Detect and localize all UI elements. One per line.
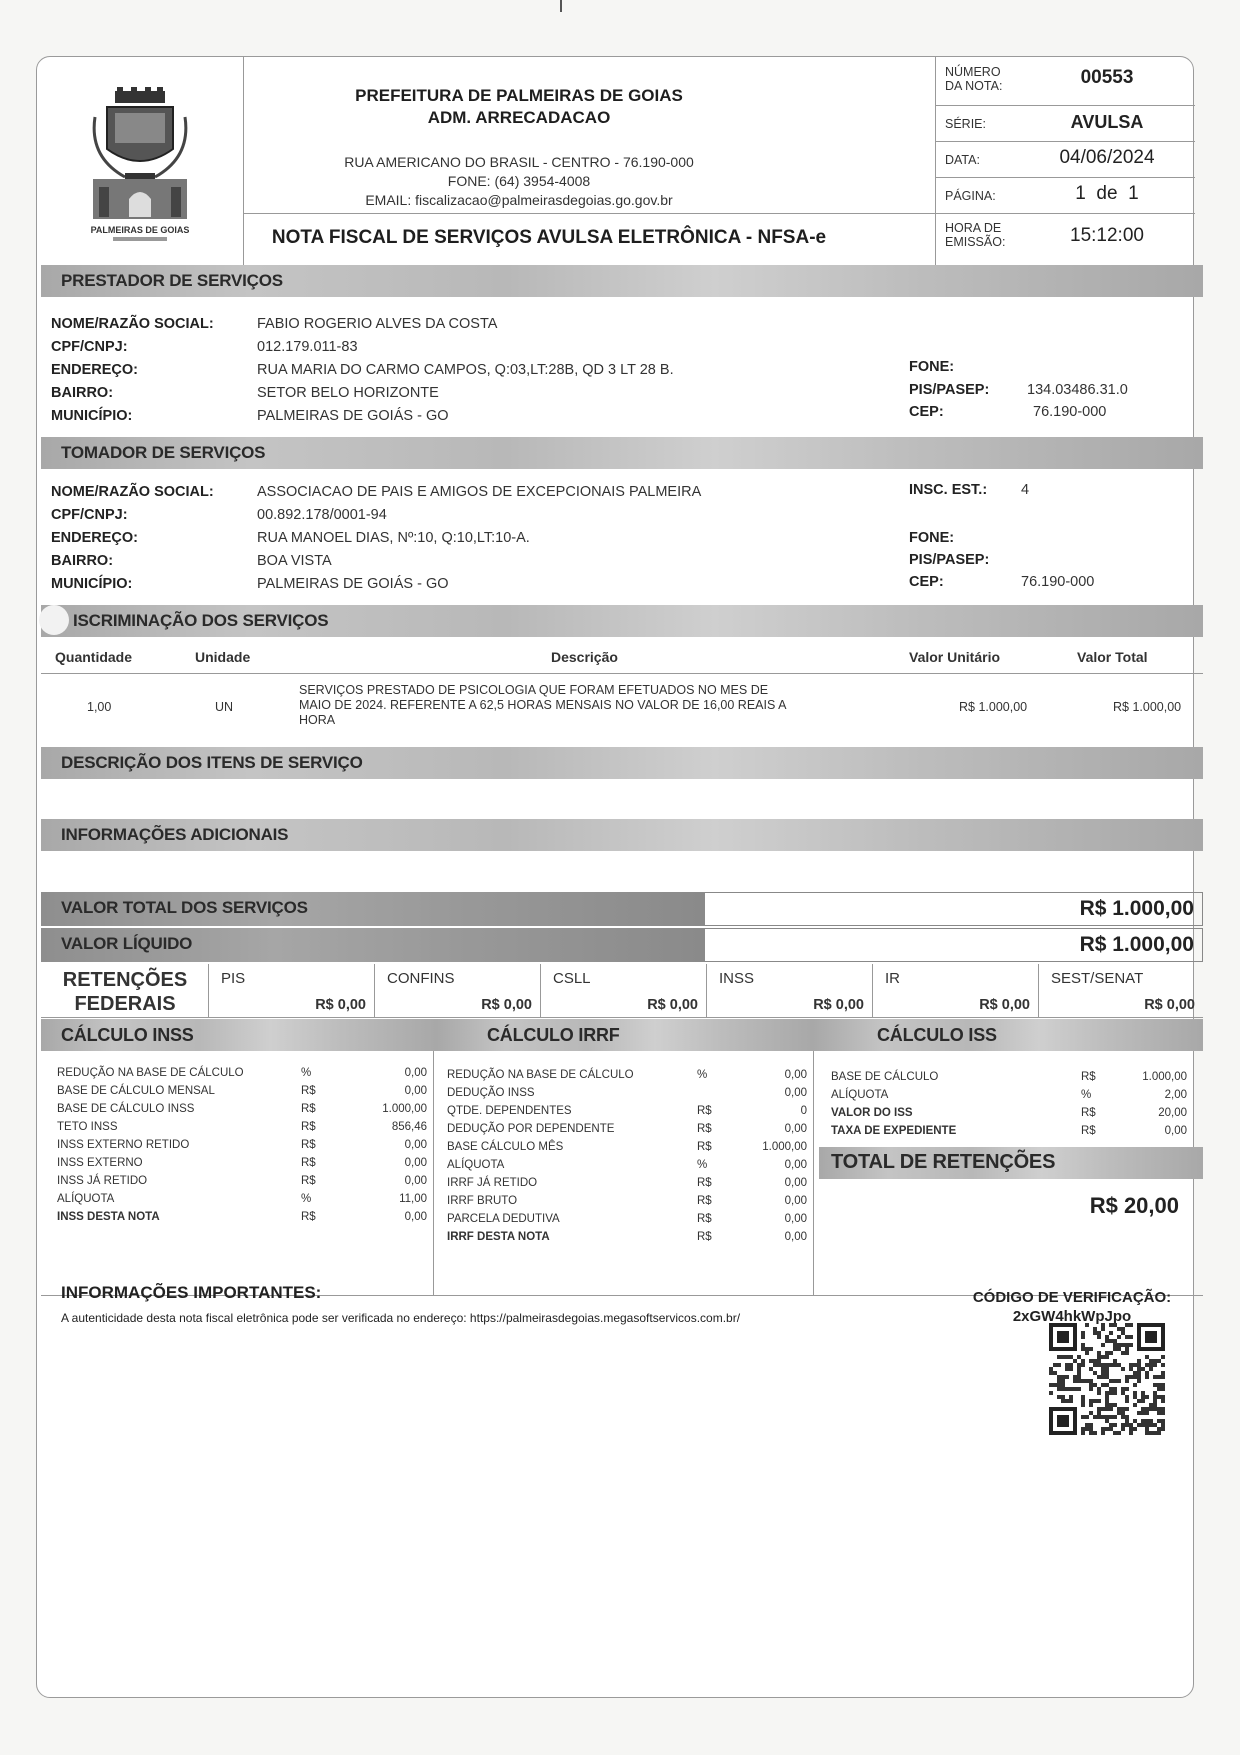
divider xyxy=(935,57,936,265)
calc-row: VALOR DO ISSR$20,00 xyxy=(831,1107,1187,1125)
prestador-nome-label: NOME/RAZÃO SOCIAL: xyxy=(51,316,214,332)
calc-value: 2,00 xyxy=(1117,1089,1187,1101)
prestador-cep-label: CEP: xyxy=(909,404,944,420)
calc-row: BASE CÁLCULO MÊSR$1.000,00 xyxy=(447,1141,807,1159)
calc-unit: R$ xyxy=(301,1103,316,1115)
service-valor-total: R$ 1.000,00 xyxy=(1113,700,1181,714)
qr-code-icon[interactable] xyxy=(1049,1323,1165,1435)
calc-unit: R$ xyxy=(697,1123,712,1135)
tomador-endereco-label: ENDEREÇO: xyxy=(51,530,138,546)
calc-label: BASE DE CÁLCULO INSS xyxy=(57,1103,194,1115)
section-calculo-inss: CÁLCULO INSS xyxy=(41,1019,437,1051)
service-quantidade: 1,00 xyxy=(87,700,111,714)
calc-label: DEDUÇÃO INSS xyxy=(447,1087,535,1099)
retencoes-title: RETENÇÕESFEDERAIS xyxy=(41,964,209,1018)
calc-value: 0,00 xyxy=(737,1231,807,1243)
calc-label: IRRF BRUTO xyxy=(447,1195,517,1207)
calc-value: 20,00 xyxy=(1117,1107,1187,1119)
divider xyxy=(935,213,1195,214)
hora-value: 15:12:00 xyxy=(1027,225,1187,247)
calc-row: TETO INSSR$856,46 xyxy=(57,1121,427,1139)
pagina-label: PÁGINA: xyxy=(945,189,996,203)
data-value: 04/06/2024 xyxy=(1027,147,1187,169)
calc-unit: % xyxy=(301,1193,311,1205)
scan-punch-hole xyxy=(39,605,69,635)
calc-label: ALÍQUOTA xyxy=(57,1193,114,1205)
calc-value: 1.000,00 xyxy=(347,1103,427,1115)
retencao-inss: INSSR$ 0,00 xyxy=(707,964,873,1018)
calc-unit: R$ xyxy=(697,1141,712,1153)
valor-liquido-label-bar: VALOR LÍQUIDO xyxy=(41,928,705,962)
org-contact: RUA AMERICANO DO BRASIL - CENTRO - 76.19… xyxy=(249,153,789,210)
prestador-cpf: 012.179.011-83 xyxy=(257,339,358,355)
document-title: NOTA FISCAL DE SERVIÇOS AVULSA ELETRÔNIC… xyxy=(249,227,849,249)
calc-value: 0,00 xyxy=(1117,1125,1187,1137)
service-unidade: UN xyxy=(215,700,233,714)
org-phone: FONE: (64) 3954-4008 xyxy=(249,172,789,191)
calc-value: 0,00 xyxy=(347,1157,427,1169)
calc-row: TAXA DE EXPEDIENTER$0,00 xyxy=(831,1125,1187,1143)
col-valor-total: Valor Total xyxy=(1077,649,1148,665)
scan-mark xyxy=(560,0,562,12)
tomador-cpf-label: CPF/CNPJ: xyxy=(51,507,128,523)
tomador-cpf: 00.892.178/0001-94 xyxy=(257,507,387,523)
tomador-fone-label: FONE: xyxy=(909,530,954,546)
serie-value: AVULSA xyxy=(1027,112,1187,133)
nfsa-document: PALMEIRAS DE GOIAS PREFEITURA DE PALMEIR… xyxy=(36,56,1194,1698)
hora-label: HORA DEEMISSÃO: xyxy=(945,221,1005,249)
calc-row: BASE DE CÁLCULO MENSALR$0,00 xyxy=(57,1085,427,1103)
verificacao-label: CÓDIGO DE VERIFICAÇÃO: xyxy=(957,1289,1187,1306)
retencao-csll: CSLLR$ 0,00 xyxy=(541,964,707,1018)
section-tomador: TOMADOR DE SERVIÇOS xyxy=(41,437,1203,469)
calc-unit: % xyxy=(301,1067,311,1079)
calc-label: IRRF DESTA NOTA xyxy=(447,1231,550,1243)
calc-unit: R$ xyxy=(697,1231,712,1243)
calc-row: INSS EXTERNOR$0,00 xyxy=(57,1157,427,1175)
numero-label: NÚMERODA NOTA: xyxy=(945,65,1002,93)
calc-unit: % xyxy=(1081,1089,1091,1101)
tomador-municipio: PALMEIRAS DE GOIÁS - GO xyxy=(257,576,449,592)
calc-value: 1.000,00 xyxy=(737,1141,807,1153)
prestador-cpf-label: CPF/CNPJ: xyxy=(51,339,128,355)
prestador-bairro-label: BAIRRO: xyxy=(51,385,113,401)
section-total-retencoes: TOTAL DE RETENÇÕES xyxy=(819,1147,1203,1179)
tomador-cep-label: CEP: xyxy=(909,574,944,590)
tomador-nome-label: NOME/RAZÃO SOCIAL: xyxy=(51,484,214,500)
calc-label: BASE DE CÁLCULO xyxy=(831,1071,938,1083)
calc-unit: R$ xyxy=(301,1139,316,1151)
valor-total-label-bar: VALOR TOTAL DOS SERVIÇOS xyxy=(41,892,705,926)
calc-unit: % xyxy=(697,1069,707,1081)
calc-unit: R$ xyxy=(301,1157,316,1169)
svg-text:PALMEIRAS DE GOIAS: PALMEIRAS DE GOIAS xyxy=(91,225,190,235)
prestador-endereco-label: ENDEREÇO: xyxy=(51,362,138,378)
valor-liquido-box: R$ 1.000,00 xyxy=(705,928,1203,962)
retencao-confins: CONFINSR$ 0,00 xyxy=(375,964,541,1018)
tomador-nome: ASSOCIACAO DE PAIS E AMIGOS DE EXCEPCION… xyxy=(257,484,701,500)
calc-row: QTDE. DEPENDENTESR$0 xyxy=(447,1105,807,1123)
calc-value: 1.000,00 xyxy=(1117,1071,1187,1083)
calc-value: 11,00 xyxy=(347,1193,427,1205)
scanned-page: PALMEIRAS DE GOIAS PREFEITURA DE PALMEIR… xyxy=(0,0,1240,1755)
retencao-sest-senat: SEST/SENATR$ 0,00 xyxy=(1039,964,1203,1018)
calc-unit: R$ xyxy=(301,1175,316,1187)
col-descricao: Descrição xyxy=(551,649,618,665)
org-email: EMAIL: fiscalizacao@palmeirasdegoias.go.… xyxy=(249,191,789,210)
divider xyxy=(41,673,1203,674)
calc-label: DEDUÇÃO POR DEPENDENTE xyxy=(447,1123,614,1135)
calc-row: IRRF JÁ RETIDOR$0,00 xyxy=(447,1177,807,1195)
calc-row: ALÍQUOTA%0,00 xyxy=(447,1159,807,1177)
valor-liquido: R$ 1.000,00 xyxy=(1080,933,1194,957)
numero-value: 00553 xyxy=(1027,67,1187,89)
calc-label: INSS DESTA NOTA xyxy=(57,1211,160,1223)
serie-label: SÉRIE: xyxy=(945,117,986,131)
total-retencoes-value: R$ 20,00 xyxy=(1090,1193,1179,1219)
calc-label: TAXA DE EXPEDIENTE xyxy=(831,1125,956,1137)
retencao-pis: PISR$ 0,00 xyxy=(209,964,375,1018)
calc-unit: R$ xyxy=(697,1195,712,1207)
calc-label: REDUÇÃO NA BASE DE CÁLCULO xyxy=(447,1069,634,1081)
service-descricao: SERVIÇOS PRESTADO DE PSICOLOGIA QUE FORA… xyxy=(299,683,786,728)
calc-row: ALÍQUOTA%2,00 xyxy=(831,1089,1187,1107)
tomador-insc-label: INSC. EST.: xyxy=(909,482,987,498)
divider xyxy=(243,57,244,265)
calc-value: 0,00 xyxy=(737,1123,807,1135)
divider xyxy=(935,141,1195,142)
calc-row: IRRF BRUTOR$0,00 xyxy=(447,1195,807,1213)
divider xyxy=(935,105,1195,106)
calc-unit: R$ xyxy=(1081,1107,1096,1119)
calc-value: 0,00 xyxy=(737,1069,807,1081)
calc-value: 0,00 xyxy=(737,1195,807,1207)
calc-value: 856,46 xyxy=(347,1121,427,1133)
prestador-bairro: SETOR BELO HORIZONTE xyxy=(257,385,439,401)
calc-label: TETO INSS xyxy=(57,1121,118,1133)
calc-unit: R$ xyxy=(301,1211,316,1223)
divider xyxy=(935,177,1195,178)
valor-total-box: R$ 1.000,00 xyxy=(705,892,1203,926)
tomador-bairro: BOA VISTA xyxy=(257,553,332,569)
section-info-adicionais: INFORMAÇÕES ADICIONAIS xyxy=(41,819,1203,851)
divider xyxy=(813,1051,814,1295)
prestador-pis-label: PIS/PASEP: xyxy=(909,382,989,398)
col-unidade: Unidade xyxy=(195,649,250,665)
data-label: DATA: xyxy=(945,153,980,167)
calc-value: 0,00 xyxy=(347,1139,427,1151)
calc-label: VALOR DO ISS xyxy=(831,1107,913,1119)
section-servicos: ISCRIMINAÇÃO DOS SERVIÇOS xyxy=(41,605,1203,637)
calc-value: 0,00 xyxy=(737,1177,807,1189)
calc-label: ALÍQUOTA xyxy=(447,1159,504,1171)
calc-value: 0 xyxy=(737,1105,807,1117)
calc-value: 0,00 xyxy=(347,1211,427,1223)
calc-row: BASE DE CÁLCULO INSSR$1.000,00 xyxy=(57,1103,427,1121)
tomador-endereco: RUA MANOEL DIAS, Nº:10, Q:10,LT:10-A. xyxy=(257,530,530,546)
calc-row: IRRF DESTA NOTAR$0,00 xyxy=(447,1231,807,1249)
prestador-fone-label: FONE: xyxy=(909,359,954,375)
calc-row: BASE DE CÁLCULOR$1.000,00 xyxy=(831,1071,1187,1089)
calc-value: 0,00 xyxy=(737,1213,807,1225)
calc-row: INSS EXTERNO RETIDOR$0,00 xyxy=(57,1139,427,1157)
prestador-endereco: RUA MARIA DO CARMO CAMPOS, Q:03,LT:28B, … xyxy=(257,362,674,378)
calc-label: IRRF JÁ RETIDO xyxy=(447,1177,537,1189)
calc-value: 0,00 xyxy=(347,1067,427,1079)
calc-label: QTDE. DEPENDENTES xyxy=(447,1105,572,1117)
col-valor-unitario: Valor Unitário xyxy=(909,649,1000,665)
calc-row: REDUÇÃO NA BASE DE CÁLCULO%0,00 xyxy=(447,1069,807,1087)
retencao-ir: IRR$ 0,00 xyxy=(873,964,1039,1018)
calc-label: INSS EXTERNO RETIDO xyxy=(57,1139,189,1151)
retencoes-federais: RETENÇÕESFEDERAIS PISR$ 0,00 CONFINSR$ 0… xyxy=(41,964,1203,1018)
calc-row: ALÍQUOTA%11,00 xyxy=(57,1193,427,1211)
divider xyxy=(243,213,935,214)
prestador-pis: 134.03486.31.0 xyxy=(1027,382,1128,398)
tomador-cep: 76.190-000 xyxy=(1021,574,1094,590)
calc-unit: R$ xyxy=(301,1121,316,1133)
calc-unit: R$ xyxy=(301,1085,316,1097)
pagina-value: 1 de 1 xyxy=(1027,183,1187,205)
calc-value: 0,00 xyxy=(737,1159,807,1171)
calc-value: 0,00 xyxy=(737,1087,807,1099)
org-address: RUA AMERICANO DO BRASIL - CENTRO - 76.19… xyxy=(249,153,789,172)
valor-total: R$ 1.000,00 xyxy=(1080,897,1194,921)
calc-label: INSS JÁ RETIDO xyxy=(57,1175,147,1187)
calc-row: DEDUÇÃO POR DEPENDENTER$0,00 xyxy=(447,1123,807,1141)
calc-label: ALÍQUOTA xyxy=(831,1089,888,1101)
calc-row: INSS DESTA NOTAR$0,00 xyxy=(57,1211,427,1229)
info-importantes-text: A autenticidade desta nota fiscal eletrô… xyxy=(61,1311,740,1325)
calc-unit: R$ xyxy=(697,1105,712,1117)
calc-unit: % xyxy=(697,1159,707,1171)
prestador-municipio-label: MUNICÍPIO: xyxy=(51,408,132,424)
calc-row: PARCELA DEDUTIVAR$0,00 xyxy=(447,1213,807,1231)
calc-value: 0,00 xyxy=(347,1175,427,1187)
calc-row: DEDUÇÃO INSS0,00 xyxy=(447,1087,807,1105)
calc-unit: R$ xyxy=(1081,1125,1096,1137)
col-quantidade: Quantidade xyxy=(55,649,132,665)
section-calculo-irrf: CÁLCULO IRRF xyxy=(437,1019,813,1051)
prestador-municipio: PALMEIRAS DE GOIÁS - GO xyxy=(257,408,449,424)
calc-label: PARCELA DEDUTIVA xyxy=(447,1213,560,1225)
section-descricao-itens: DESCRIÇÃO DOS ITENS DE SERVIÇO xyxy=(41,747,1203,779)
org-name: PREFEITURA DE PALMEIRAS DE GOIAS ADM. AR… xyxy=(249,85,789,129)
tomador-pis-label: PIS/PASEP: xyxy=(909,552,989,568)
calc-unit: R$ xyxy=(697,1213,712,1225)
calc-label: INSS EXTERNO xyxy=(57,1157,143,1169)
section-calculo-iss: CÁLCULO ISS xyxy=(813,1019,1203,1051)
calc-unit: R$ xyxy=(1081,1071,1096,1083)
section-prestador: PRESTADOR DE SERVIÇOS xyxy=(41,265,1203,297)
tomador-insc: 4 xyxy=(1021,482,1029,498)
calc-row: REDUÇÃO NA BASE DE CÁLCULO%0,00 xyxy=(57,1067,427,1085)
org-name-text: PREFEITURA DE PALMEIRAS DE GOIAS xyxy=(249,85,789,107)
service-valor-unitario: R$ 1.000,00 xyxy=(959,700,1027,714)
info-importantes-title: INFORMAÇÕES IMPORTANTES: xyxy=(61,1283,321,1303)
calc-label: BASE DE CÁLCULO MENSAL xyxy=(57,1085,215,1097)
tomador-bairro-label: BAIRRO: xyxy=(51,553,113,569)
prestador-cep: 76.190-000 xyxy=(1033,404,1106,420)
calc-unit: R$ xyxy=(697,1177,712,1189)
calc-label: BASE CÁLCULO MÊS xyxy=(447,1141,563,1153)
tomador-municipio-label: MUNICÍPIO: xyxy=(51,576,132,592)
calc-label: REDUÇÃO NA BASE DE CÁLCULO xyxy=(57,1067,244,1079)
divider xyxy=(433,1051,434,1295)
calc-value: 0,00 xyxy=(347,1085,427,1097)
calc-row: INSS JÁ RETIDOR$0,00 xyxy=(57,1175,427,1193)
municipal-coat-of-arms-icon: PALMEIRAS DE GOIAS xyxy=(85,87,195,247)
prestador-nome: FABIO ROGERIO ALVES DA COSTA xyxy=(257,316,497,332)
org-dept-text: ADM. ARRECADACAO xyxy=(249,107,789,129)
